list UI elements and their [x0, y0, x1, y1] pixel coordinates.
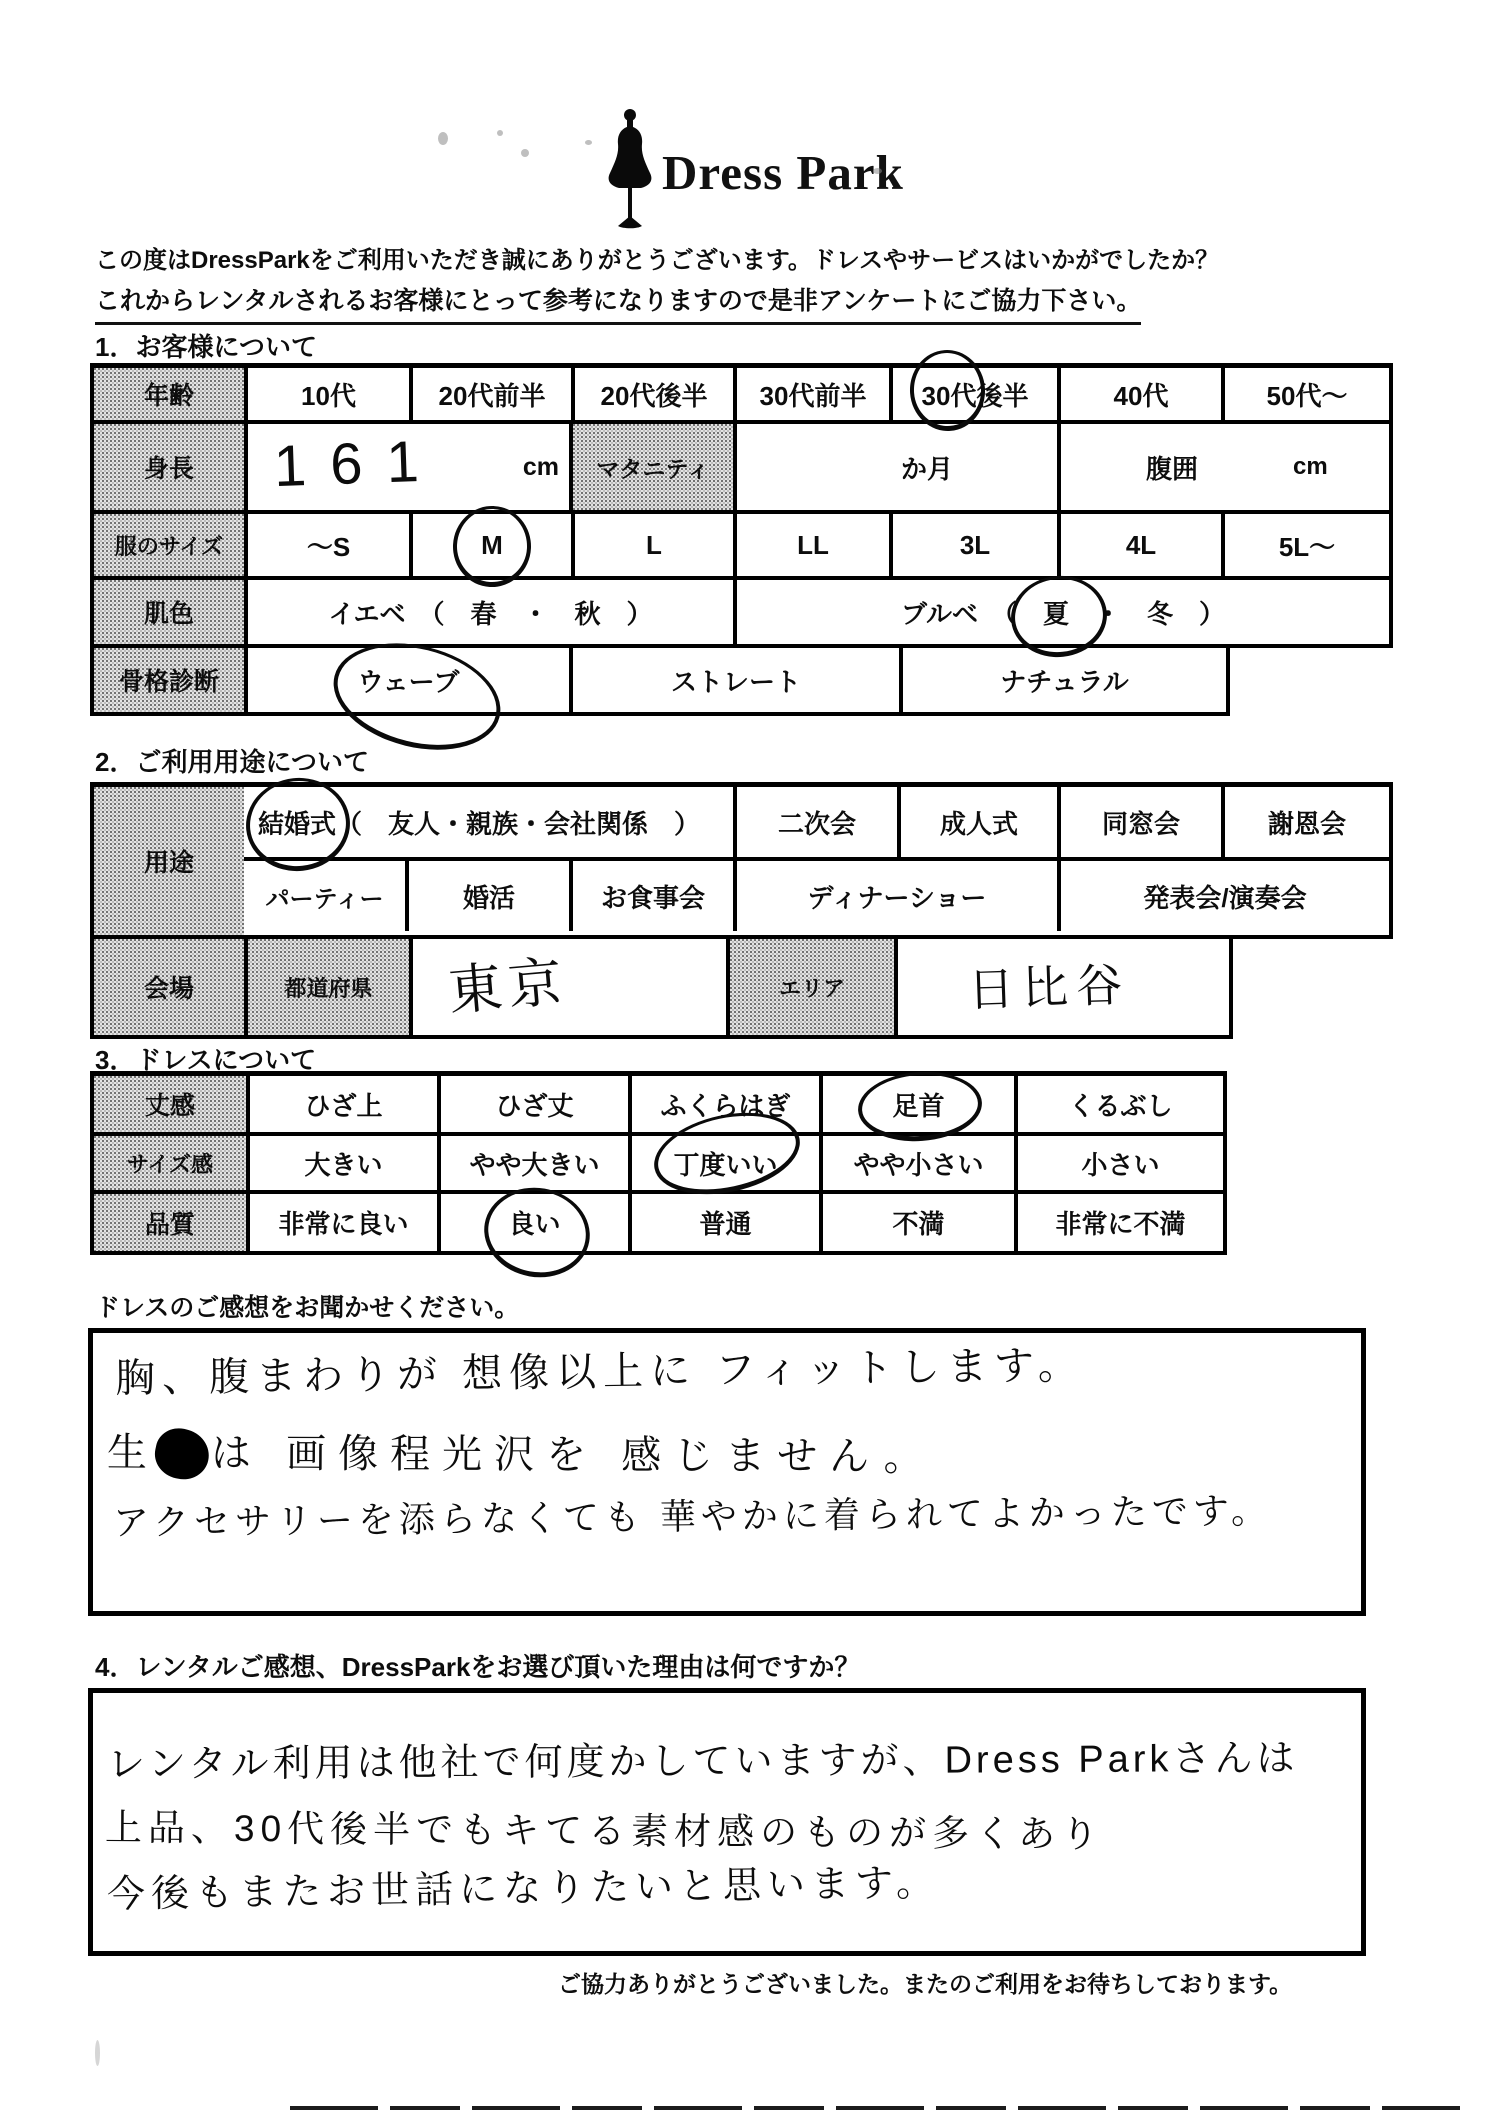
intro-line-2: これからレンタルされるお客様にとって参考になりますので是非アンケートにご協力下さ… — [95, 281, 1141, 325]
area-value-cell: 日比谷 — [894, 939, 1229, 1035]
option-cell: 不満 — [819, 1194, 1014, 1251]
scanned-survey-page: Dress Park この度はDressParkをご利用いただき誠にありがとうご… — [0, 0, 1500, 2127]
dress-mannequin-icon — [603, 108, 657, 230]
waist-label: 腹囲 — [1146, 449, 1198, 486]
option-cell-selected: ウェーブ — [244, 648, 569, 712]
option-cell: 4L — [1057, 514, 1221, 576]
option-cell: 同窓会 — [1057, 787, 1221, 857]
option-cell: ストレート — [569, 648, 899, 712]
option-cell: ひざ上 — [246, 1076, 437, 1132]
height-unit: cm — [523, 453, 559, 482]
age-row: 年齢 10代 20代前半 20代後半 30代前半 30代後半 40代 50代～ — [90, 363, 1393, 424]
waist-unit: cm — [1293, 453, 1328, 481]
size-selected-option: M — [481, 530, 503, 561]
option-cell: 20代前半 — [409, 368, 571, 420]
quality-row: 品質 非常に良い 良い 普通 不満 非常に不満 — [90, 1194, 1227, 1255]
skin-blue-prefix: ブルベ （ — [901, 594, 1043, 631]
option-cell: やや小さい — [819, 1136, 1014, 1190]
scan-speck — [497, 130, 503, 136]
quality-selected-option: 良い — [508, 1204, 560, 1241]
skeleton-selected-option: ウェーブ — [358, 662, 460, 699]
size-label-cell: 服のサイズ — [94, 514, 244, 576]
option-cell: パーティー — [244, 861, 405, 931]
option-cell: 婚活 — [405, 861, 569, 931]
section4-title: 4．レンタルご感想、DressParkをお選び頂いた理由は何ですか？ — [95, 1647, 860, 1684]
scan-speck — [521, 149, 529, 157]
option-cell: お食事会 — [569, 861, 733, 931]
option-cell-selected: 良い — [437, 1194, 628, 1251]
footer-thanks: ご協力ありがとうございました。またのご利用をお待ちしております。 — [558, 1966, 1292, 1999]
venue-row: 会場 都道府県 東京 エリア 日比谷 — [90, 939, 1233, 1039]
purpose-options: 結婚式 （ 友人・親族・会社関係 ） 二次会 成人式 同窓会 謝恩会 パーティー… — [244, 787, 1389, 935]
maternity-label-cell: マタニティ — [569, 424, 733, 510]
skin-blue-suffix: ・ 冬 ） — [1069, 594, 1225, 631]
rental-feedback-line: 今後もまたお世話になりたいと思います。 — [107, 1851, 941, 1918]
option-cell: 発表会/演奏会 — [1057, 861, 1389, 931]
option-cell: 非常に不満 — [1014, 1194, 1223, 1251]
clothing-size-row: 服のサイズ ～S M L LL 3L 4L 5L～ — [90, 514, 1393, 580]
option-cell: 20代後半 — [571, 368, 733, 420]
age-selected-option: 30代後半 — [922, 376, 1029, 413]
quality-label-cell: 品質 — [94, 1194, 246, 1251]
rental-feedback-line: レンタル利用は他社で何度かしていますが、Dress Parkさんは — [107, 1727, 1299, 1788]
purpose-row-2: パーティー 婚活 お食事会 ディナーショー 発表会/演奏会 — [244, 861, 1389, 931]
age-label-cell: 年齢 — [94, 368, 244, 420]
skin-selected-option: 夏 — [1043, 594, 1069, 631]
section1-title: 1．お客様について — [95, 327, 317, 364]
skeleton-label-cell: 骨格診断 — [94, 648, 244, 712]
purpose-rows: 用途 結婚式 （ 友人・親族・会社関係 ） 二次会 成人式 同窓会 謝恩会 パー… — [90, 782, 1393, 939]
option-cell-selected: 30代後半 — [889, 368, 1057, 420]
waist-cell: 腹囲 cm — [1057, 424, 1389, 510]
option-cell-selected: 足首 — [819, 1076, 1014, 1132]
option-cell: 小さい — [1014, 1136, 1223, 1190]
area-label-cell: エリア — [726, 939, 894, 1035]
option-cell: 40代 — [1057, 368, 1221, 420]
option-cell: 50代～ — [1221, 368, 1389, 420]
fit-row: サイズ感 大きい やや大きい 丁度いい やや小さい 小さい — [90, 1136, 1227, 1194]
option-cell: 普通 — [628, 1194, 819, 1251]
height-row: 身長 161 cm マタニティ か月 腹囲 cm — [90, 424, 1393, 514]
skin-yellow-cell: イエベ （ 春 ・ 秋 ） — [244, 580, 733, 644]
scan-speck — [873, 168, 882, 174]
intro-line-1: この度はDressParkをご利用いただき誠にありがとうございます。ドレスやサー… — [95, 240, 1219, 275]
skeleton-row: 骨格診断 ウェーブ ストレート ナチュラル — [90, 648, 1230, 716]
height-handwritten-value: 161 — [247, 427, 444, 501]
dress-feedback-line: 胸、腹まわりが 想像以上に フィットします。 — [115, 1333, 1086, 1404]
purpose-selected-option: 結婚式 — [258, 804, 336, 841]
scan-edge-line — [290, 2106, 1460, 2110]
area-handwritten-value: 日比谷 — [967, 948, 1131, 1020]
length-row: 丈感 ひざ上 ひざ丈 ふくらはぎ 足首 くるぶし — [90, 1071, 1227, 1136]
scan-speck — [438, 132, 448, 145]
wedding-cell: 結婚式 （ 友人・親族・会社関係 ） — [244, 787, 733, 857]
prefecture-label-cell: 都道府県 — [244, 939, 409, 1035]
dress-feedback-line: 生地は 画像程光沢を 感じません。 — [107, 1421, 936, 1482]
length-label-cell: 丈感 — [94, 1076, 246, 1132]
option-cell: ディナーショー — [733, 861, 1057, 931]
customer-table: 年齢 10代 20代前半 20代後半 30代前半 30代後半 40代 50代～ … — [90, 363, 1393, 716]
dress-table: 丈感 ひざ上 ひざ丈 ふくらはぎ 足首 くるぶし サイズ感 大きい やや大きい … — [90, 1071, 1227, 1255]
scan-speck — [95, 2040, 100, 2066]
option-cell-selected: 丁度いい — [628, 1136, 819, 1190]
dress-feedback-line: アクセサリーを添らなくても 華やかに着られてよかったです。 — [113, 1483, 1273, 1546]
skin-blue-cell: ブルベ （ 夏 ・ 冬 ） — [733, 580, 1389, 644]
skin-tone-row: 肌色 イエベ （ 春 ・ 秋 ） ブルベ （ 夏 ・ 冬 ） — [90, 580, 1393, 648]
usage-table: 用途 結婚式 （ 友人・親族・会社関係 ） 二次会 成人式 同窓会 謝恩会 パー… — [90, 782, 1393, 1039]
option-cell: ～S — [244, 514, 409, 576]
rental-feedback-line: 上品、30代後半でもキてる素材感のものが多くあり — [105, 1797, 1105, 1858]
option-cell: 10代 — [244, 368, 409, 420]
option-cell: 大きい — [246, 1136, 437, 1190]
option-cell: 5L～ — [1221, 514, 1389, 576]
option-cell: ひざ丈 — [437, 1076, 628, 1132]
scan-speck — [585, 140, 592, 145]
option-cell: 非常に良い — [246, 1194, 437, 1251]
height-value-cell: 161 cm — [244, 424, 569, 510]
option-cell-selected: M — [409, 514, 571, 576]
option-cell: 30代前半 — [733, 368, 889, 420]
fit-label-cell: サイズ感 — [94, 1136, 246, 1190]
section2-title: 2．ご利用用途について — [95, 742, 369, 779]
option-cell: ナチュラル — [899, 648, 1226, 712]
maternity-months-cell: か月 — [733, 424, 1057, 510]
purpose-row-1: 結婚式 （ 友人・親族・会社関係 ） 二次会 成人式 同窓会 謝恩会 — [244, 787, 1389, 861]
length-selected-option: 足首 — [892, 1086, 944, 1123]
option-cell: LL — [733, 514, 889, 576]
prefecture-value-cell: 東京 — [409, 939, 726, 1035]
height-label-cell: 身長 — [94, 424, 244, 510]
wedding-note: （ 友人・親族・会社関係 ） — [336, 804, 700, 841]
skin-label-cell: 肌色 — [94, 580, 244, 644]
option-cell: やや大きい — [437, 1136, 628, 1190]
dress-feedback-box: 胸、腹まわりが 想像以上に フィットします。 生地は 画像程光沢を 感じません。… — [88, 1328, 1366, 1616]
option-cell: ふくらはぎ — [628, 1076, 819, 1132]
prefecture-handwritten-value: 東京 — [445, 938, 571, 1025]
fit-selected-option: 丁度いい — [673, 1145, 777, 1182]
dress-feedback-prompt: ドレスのご感想をお聞かせください。 — [95, 1288, 519, 1324]
option-cell: 成人式 — [897, 787, 1057, 857]
logo-wordmark: Dress Park — [662, 144, 904, 201]
option-cell: 3L — [889, 514, 1057, 576]
purpose-label-cell: 用途 — [94, 787, 244, 935]
option-cell: 二次会 — [733, 787, 897, 857]
option-cell: 謝恩会 — [1221, 787, 1389, 857]
venue-label-cell: 会場 — [94, 939, 244, 1035]
option-cell: L — [571, 514, 733, 576]
rental-feedback-box: レンタル利用は他社で何度かしていますが、Dress Parkさんは 上品、30代… — [88, 1688, 1366, 1956]
option-cell: くるぶし — [1014, 1076, 1223, 1132]
